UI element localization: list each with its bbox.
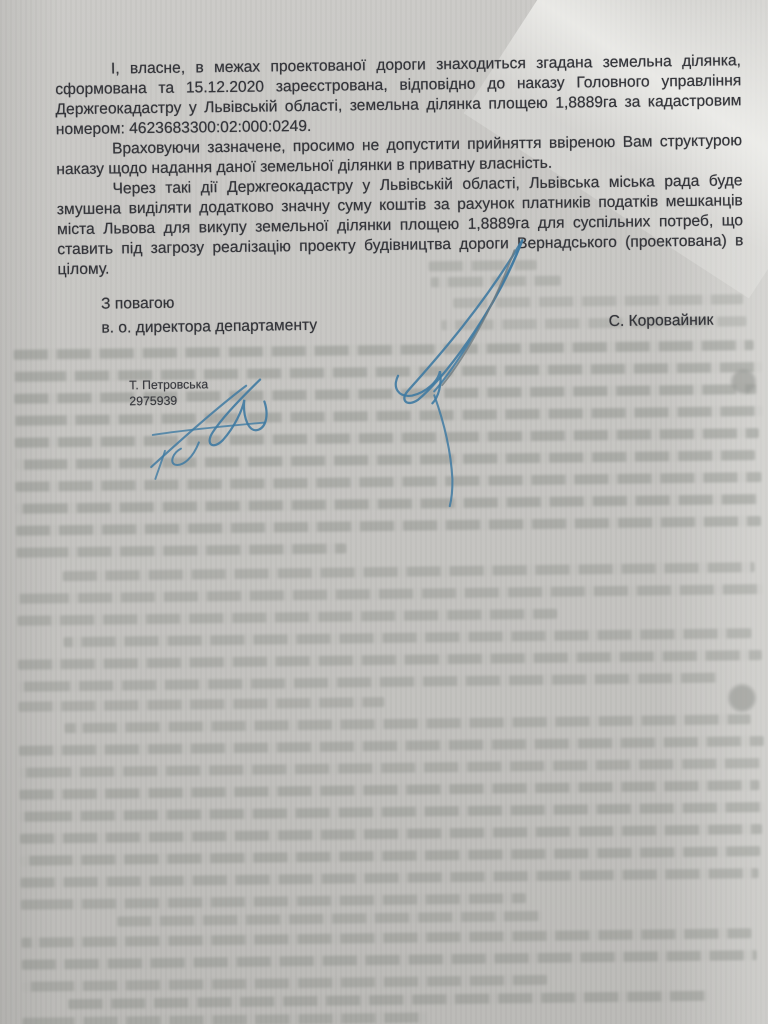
bleedthrough-line — [65, 714, 751, 733]
body-paragraph-3: Через такі дії Держгеокадастру у Львівсь… — [56, 171, 743, 280]
bleedthrough-line — [14, 384, 756, 404]
scanned-letter-page: І, власне, в межах проектованої дороги з… — [0, 0, 768, 1024]
bleedthrough-line — [20, 824, 762, 844]
bleedthrough-line — [431, 276, 561, 288]
bleedthrough-line — [22, 1012, 427, 1024]
bleedthrough-line — [68, 991, 708, 1009]
bleedthrough-line — [14, 340, 754, 360]
bleedthrough-line — [21, 928, 751, 948]
bleedthrough-line — [15, 450, 755, 470]
bleedthrough-line — [63, 562, 755, 581]
bleedthrough-line — [16, 516, 761, 536]
bleedthrough-line — [18, 650, 762, 670]
executor-phone: 2975939 — [129, 392, 208, 409]
bleedthrough-line — [18, 673, 718, 692]
bleedthrough-line — [453, 294, 743, 308]
signature-row: в. о. директора департаменту С. Коровайн… — [101, 312, 713, 338]
bleedthrough-line — [16, 543, 346, 557]
bleedthrough-line — [22, 950, 757, 970]
bleedthrough-line — [18, 697, 384, 712]
signatory-title: в. о. директора департаменту — [101, 317, 317, 338]
bleedthrough-line — [15, 428, 759, 448]
bleedthrough-line — [21, 893, 526, 910]
signatory-name: С. Коровайник — [609, 312, 714, 331]
bleedthrough-line — [15, 472, 761, 492]
bleedthrough-line — [15, 406, 763, 426]
bleedthrough-line — [19, 758, 761, 778]
executor-name: Т. Петровська — [129, 376, 208, 393]
executor-block: Т. Петровська 2975939 — [129, 376, 208, 409]
bleedthrough-line — [22, 975, 547, 992]
bleedthrough-line — [16, 494, 758, 514]
bleedthrough-line — [21, 868, 759, 888]
bleedthrough-line — [19, 736, 764, 756]
bleedthrough-line — [117, 911, 542, 927]
bleedthrough-line — [17, 584, 763, 604]
bleedthrough-line — [20, 802, 764, 822]
closing-salutation: З повагою — [101, 295, 175, 314]
bleedthrough-line — [17, 609, 557, 626]
bleedthrough-line — [63, 628, 751, 647]
page-content: І, власне, в межах проектованої дороги з… — [0, 0, 768, 1024]
bleedthrough-line — [14, 362, 762, 382]
body-paragraph-1: І, власне, в межах проектованої дороги з… — [55, 51, 742, 140]
bleedthrough-line — [19, 780, 759, 800]
bleedthrough-line — [20, 846, 760, 866]
letter-body: І, власне, в межах проектованої дороги з… — [55, 51, 744, 280]
